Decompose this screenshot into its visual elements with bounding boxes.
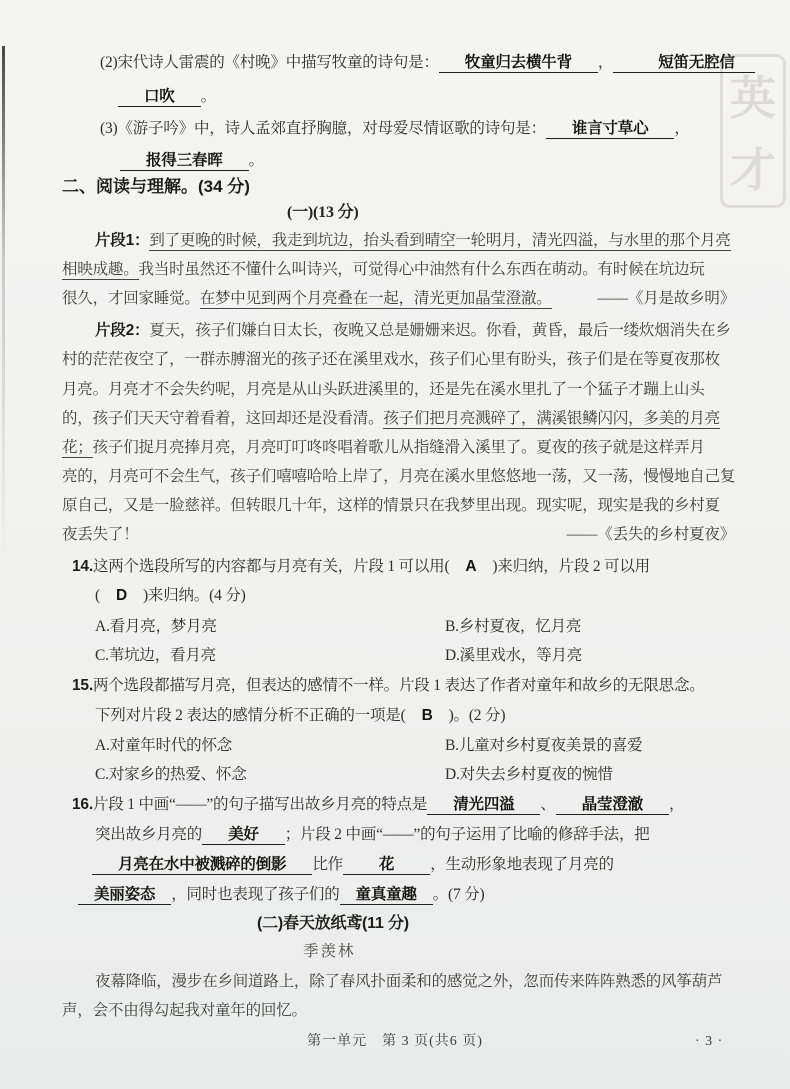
- q16-separator-2: ，: [669, 796, 684, 813]
- exam-paper-page: 英 才 (2)宋代诗人雷震的《村晚》中描写牧童的诗句是：牧童归去横牛背，短笛无腔…: [0, 0, 790, 1089]
- reading2-line2: 声，会不由得勾起我对童年的回忆。: [62, 1000, 307, 1021]
- q16-line4: 美丽姿态，同时也表现了孩子们的童真童趣。(7 分): [78, 884, 484, 905]
- q16-answer-6: 美丽姿态: [78, 886, 171, 905]
- passage1-label: 片段1：: [95, 232, 149, 249]
- reading1-title: (一)(13 分): [287, 202, 359, 223]
- fill-q2-line1: (2)宋代诗人雷震的《村晚》中描写牧童的诗句是：牧童归去横牛背，短笛无腔信: [100, 52, 755, 73]
- q16-number: 16.: [72, 796, 93, 813]
- reading2-author: 季羡林: [303, 941, 356, 962]
- q16-answer-3: 美好: [202, 826, 285, 845]
- fill-q3-answer1: 谁言寸草心: [546, 120, 675, 139]
- seal-char-bottom: 才: [730, 134, 776, 200]
- passage1-underlined-1: 到了更晚的时候，我走到坑边，抬头看到晴空一轮明月，清光四溢，与水里的那个月亮: [149, 232, 730, 251]
- scan-edge-line: [2, 46, 5, 566]
- passage2-line8: 夜丢失了！: [62, 524, 139, 545]
- q15-option-a: A.对童年时代的怀念: [95, 735, 232, 756]
- passage2-text-1: 夏天，孩子们嫌白日太长，夜晚又总是姗姗来迟。你看，黄昏，最后一缕炊烟消失在乡: [149, 322, 730, 339]
- q14-stem-3: )来归纳。(4 分): [143, 587, 246, 604]
- q16-answer-7: 童真童趣: [340, 886, 433, 905]
- q14-stem-2: )来归纳，片段 2 可以用: [492, 558, 650, 575]
- q15-stem-2: 下列对片段 2 表达的感情分析不正确的一项是(: [95, 707, 406, 724]
- fill-q3-answer2: 报得三春晖: [120, 152, 249, 171]
- q16-stem-2: 突出故乡月亮的: [95, 826, 202, 843]
- passage2-underlined-1: 孩子们把月亮溅碎了，满溪银鳞闪闪，多美的月亮: [383, 410, 720, 429]
- q16-answer-4: 月亮在水中被溅碎的倒影: [92, 856, 312, 875]
- q15-stem-3: )。(2 分): [449, 707, 506, 724]
- fill-q2-line2: 口吹。: [118, 86, 216, 107]
- q14-paren-open: (: [95, 587, 100, 604]
- passage2-source: ——《丢失的乡村夏夜》: [567, 524, 735, 545]
- passage2-line6: 亮的，月亮可不会生气，孩子们嘻嘻哈哈上岸了，月亮在溪水里悠悠地一荡，又一荡，慢慢…: [62, 466, 735, 487]
- q16-stem-1: 片段 1 中画“——”的句子描写出故乡月亮的特点是: [93, 796, 427, 813]
- yingcai-seal-watermark: 英 才: [720, 54, 786, 208]
- passage1-line1: 片段1：到了更晚的时候，我走到坑边，抬头看到晴空一轮明月，清光四溢，与水里的那个…: [95, 230, 731, 251]
- q16-stem-3: ；片段 2 中画“——”的句子运用了比喻的修辞手法，把: [285, 826, 650, 843]
- q16-answer-1: 清光四溢: [427, 796, 540, 815]
- passage1-line3: 很久，才回家睡觉。在梦中见到两个月亮叠在一起，清光更加晶莹澄澈。: [62, 288, 552, 309]
- footer-unit-page-info: 第一单元 第 3 页(共6 页): [0, 1031, 790, 1052]
- passage2-line3: 月亮。月亮才不会失约呢，月亮是从山头跃进溪里的，还是先在溪水里扎了一个猛子才蹦上…: [62, 379, 705, 400]
- passage2-line2: 村的茫茫夜空了，一群赤膊溜光的孩子还在溪里戏水，孩子们心里有盼头，孩子们是在等夏…: [62, 349, 720, 370]
- fill-q3-line2: 报得三春晖。: [120, 150, 264, 171]
- q16-stem-7: 。(7 分): [433, 886, 485, 903]
- passage2-text-5: 孩子们捉月亮捧月亮，月亮叮叮咚咚唱着歌儿从指缝滑入溪里了。夏夜的孩子就是这样弄月: [93, 439, 705, 456]
- passage2-line5: 花；孩子们捉月亮捧月亮，月亮叮叮咚咚唱着歌儿从指缝滑入溪里了。夏夜的孩子就是这样…: [62, 437, 705, 458]
- q15-stem-line1: 15.两个选段都描写月亮，但表达的感情不一样。片段 1 表达了作者对童年和故乡的…: [72, 675, 705, 696]
- fill-q2-answer1: 牧童归去横牛背: [439, 54, 598, 73]
- passage2-line7: 原自己，又是一脸慈祥。但转眼几十年，这样的情景只在我梦里出现。现实呢，现实是我的…: [62, 495, 720, 516]
- passage1-underlined-1-cont: 相映成趣。: [62, 261, 139, 280]
- fill-q3-period: 。: [249, 152, 264, 169]
- q16-separator-1: 、: [540, 796, 555, 813]
- q15-number: 15.: [72, 677, 93, 694]
- q14-option-c: C.苇坑边，看月亮: [95, 645, 216, 666]
- reading2-line1: 夜幕降临，漫步在乡间道路上，除了春风扑面柔和的感觉之外，忽而传来阵阵熟悉的风筝葫…: [95, 971, 722, 992]
- passage2-line4: 的，孩子们天天守着看着，这回却还是没看清。孩子们把月亮溅碎了，满溪银鳞闪闪，多美…: [62, 408, 720, 429]
- q14-number: 14.: [72, 558, 93, 575]
- passage1-underlined-2: 在梦中见到两个月亮叠在一起，清光更加晶莹澄澈。: [200, 290, 552, 309]
- q15-answer: B: [422, 707, 433, 724]
- passage1-text-3: 很久，才回家睡觉。: [62, 290, 200, 307]
- reading2-title: (二)春天放纸鸢(11 分): [257, 913, 409, 934]
- q15-option-c: C.对家乡的热爱、怀念: [95, 764, 247, 785]
- passage1-source: ——《月是故乡明》: [597, 288, 735, 309]
- q14-stem-1: 这两个选段所写的内容都与月亮有关，片段 1 可以用(: [93, 558, 449, 575]
- q15-option-d: D.对失去乡村夏夜的惋惜: [445, 764, 613, 785]
- q14-stem-line2: (D)来归纳。(4 分): [95, 585, 246, 606]
- q14-stem-line1: 14.这两个选段所写的内容都与月亮有关，片段 1 可以用(A)来归纳，片段 2 …: [72, 556, 650, 577]
- q16-line2: 突出故乡月亮的美好；片段 2 中画“——”的句子运用了比喻的修辞手法，把: [95, 824, 650, 845]
- q14-option-b: B.乡村夏夜，忆月亮: [445, 616, 581, 637]
- fill-q2-answer2-part1: 短笛无腔信: [613, 54, 755, 73]
- q14-answer-1: A: [465, 558, 476, 575]
- q15-stem-line2: 下列对片段 2 表达的感情分析不正确的一项是(B)。(2 分): [95, 705, 505, 726]
- q14-option-a: A.看月亮，梦月亮: [95, 616, 217, 637]
- q16-line3: 月亮在水中被溅碎的倒影比作花，生动形象地表现了月亮的: [92, 854, 614, 875]
- passage1-line2: 相映成趣。我当时虽然还不懂什么叫诗兴，可觉得心中油然有什么东西在萌动。有时候在坑…: [62, 259, 705, 280]
- q14-answer-2: D: [116, 587, 127, 604]
- passage1-text-2: 我当时虽然还不懂什么叫诗兴，可觉得心中油然有什么东西在萌动。有时候在坑边玩: [139, 261, 705, 278]
- q16-stem-4: 比作: [312, 856, 343, 873]
- passage2-label: 片段2：: [95, 322, 149, 339]
- fill-q2-answer2-part2: 口吹: [118, 88, 201, 107]
- section2-header: 二、阅读与理解。(34 分): [62, 176, 250, 197]
- footer-page-number: · 3 ·: [695, 1031, 723, 1052]
- fill-q2-stem: (2)宋代诗人雷震的《村晚》中描写牧童的诗句是：: [100, 54, 439, 71]
- passage2-underlined-1-cont: 花；: [62, 439, 93, 458]
- fill-q3-line1: (3)《游子吟》中，诗人孟郊直抒胸臆，对母爱尽情讴歌的诗句是：谁言寸草心，: [100, 118, 690, 139]
- q16-stem-6: ，同时也表现了孩子们的: [171, 886, 339, 903]
- fill-q2-separator: ，: [598, 54, 613, 71]
- q16-answer-2: 晶莹澄澈: [556, 796, 669, 815]
- fill-q3-separator: ，: [674, 120, 689, 137]
- q16-line1: 16.片段 1 中画“——”的句子描写出故乡月亮的特点是清光四溢、晶莹澄澈，: [72, 794, 684, 815]
- q15-option-b: B.儿童对乡村夏夜美景的喜爱: [445, 735, 642, 756]
- q15-stem-1: 两个选段都描写月亮，但表达的感情不一样。片段 1 表达了作者对童年和故乡的无限思…: [93, 677, 705, 694]
- passage2-line1: 片段2：夏天，孩子们嫌白日太长，夜晚又总是姗姗来迟。你看，黄昏，最后一缕炊烟消失…: [95, 320, 731, 341]
- fill-q2-period: 。: [201, 88, 216, 105]
- fill-q3-stem: (3)《游子吟》中，诗人孟郊直抒胸臆，对母爱尽情讴歌的诗句是：: [100, 120, 546, 137]
- q16-stem-5: ，生动形象地表现了月亮的: [430, 856, 614, 873]
- q16-answer-5: 花: [343, 856, 430, 875]
- passage2-text-4: 的，孩子们天天守着看着，这回却还是没看清。: [62, 410, 383, 427]
- q14-option-d: D.溪里戏水，等月亮: [445, 645, 582, 666]
